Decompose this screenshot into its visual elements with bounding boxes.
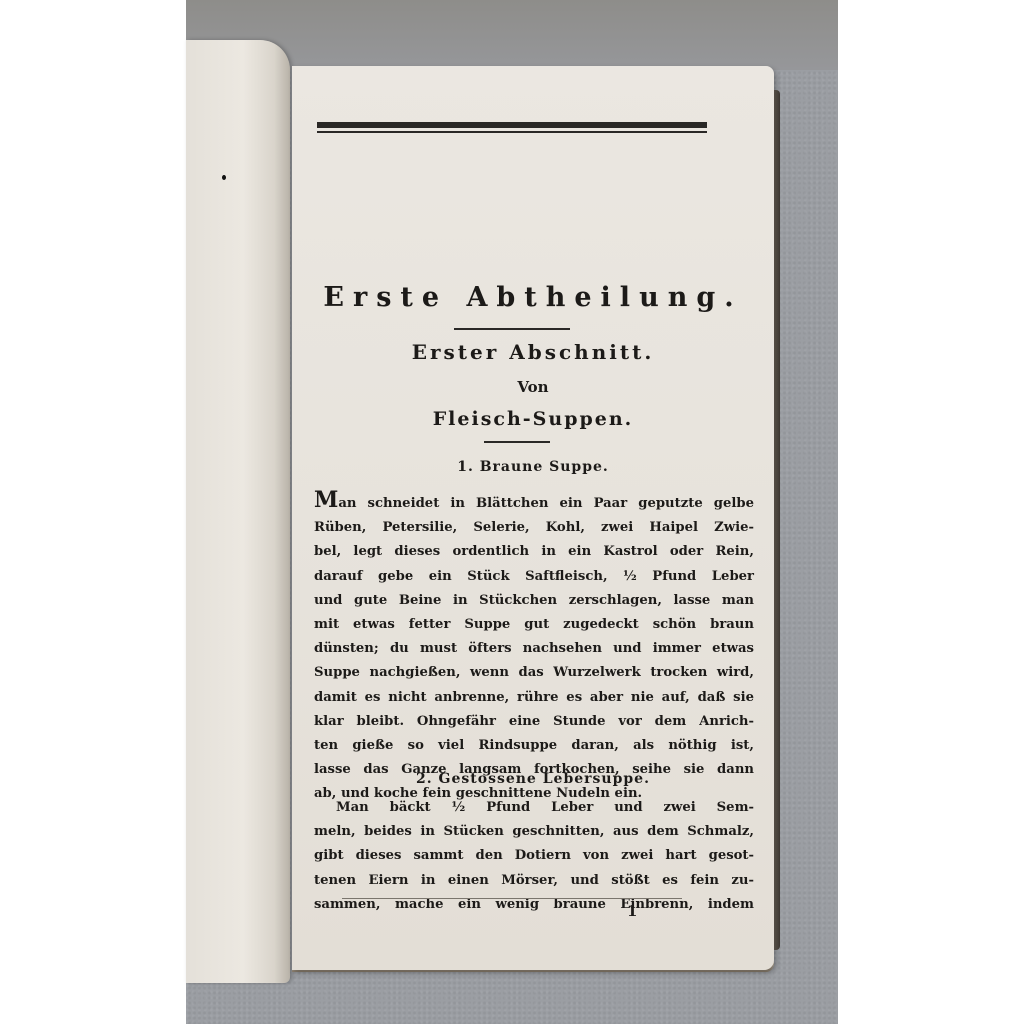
drop-cap: M [314,487,338,513]
recipe-body: Man schneidet in Blättchen ein Paar gepu… [314,488,754,807]
text-line: klar bleibt. Ohngefähr eine Stunde vor d… [314,710,754,734]
left-page [186,40,290,983]
text-line: mit etwas fetter Suppe gut zugedeckt sch… [314,613,754,637]
text-line: dünsten; du must öfters nachsehen und im… [314,637,754,661]
footer-rule [342,898,682,899]
text-line: meln, beides in Stücken geschnitten, aus… [314,820,754,844]
text-line-rest: an schneidet in Blättchen ein Paar geput… [338,496,754,511]
book-page: Erste Abtheilung. Erster Abschnitt. Von … [292,66,774,970]
part-title: Erste Abtheilung. [292,282,774,313]
topic-title: Fleisch-Suppen. [292,408,774,430]
text-line: gibt dieses sammt den Dotiern von zwei h… [314,844,754,868]
ink-spot [222,175,226,180]
title-divider [454,328,570,330]
recipe-title: 2. Gestossene Lebersuppe. [292,771,774,787]
section-title: Erster Abschnitt. [292,340,774,364]
text-line: Suppe nachgießen, wenn das Wurzelwerk tr… [314,661,754,685]
text-line: Man schneidet in Blättchen ein Paar gepu… [314,488,754,516]
text-line: bel, legt dieses ordentlich in ein Kastr… [314,540,754,564]
text-line: damit es nicht anbrenne, rühre es aber n… [314,686,754,710]
recipe-title: 1. Braune Suppe. [292,459,774,475]
topic-divider [484,441,550,443]
header-rule-thick [317,122,707,128]
text-line: ten gieße so viel Rindsuppe daran, als n… [314,734,754,758]
page-number: 1 [627,902,637,920]
text-line: sammen, mache ein wenig braune Einbrenn,… [314,893,754,917]
text-line: darauf gebe ein Stück Saftfleisch, ½ Pfu… [314,565,754,589]
text-line: Man bäckt ½ Pfund Leber und zwei Sem- [314,796,754,820]
text-line: tenen Eiern in einen Mörser, und stößt e… [314,869,754,893]
header-rule-thin [317,131,707,133]
text-line: und gute Beine in Stückchen zerschlagen,… [314,589,754,613]
von-label: Von [292,378,774,396]
text-line: Rüben, Petersilie, Selerie, Kohl, zwei H… [314,516,754,540]
